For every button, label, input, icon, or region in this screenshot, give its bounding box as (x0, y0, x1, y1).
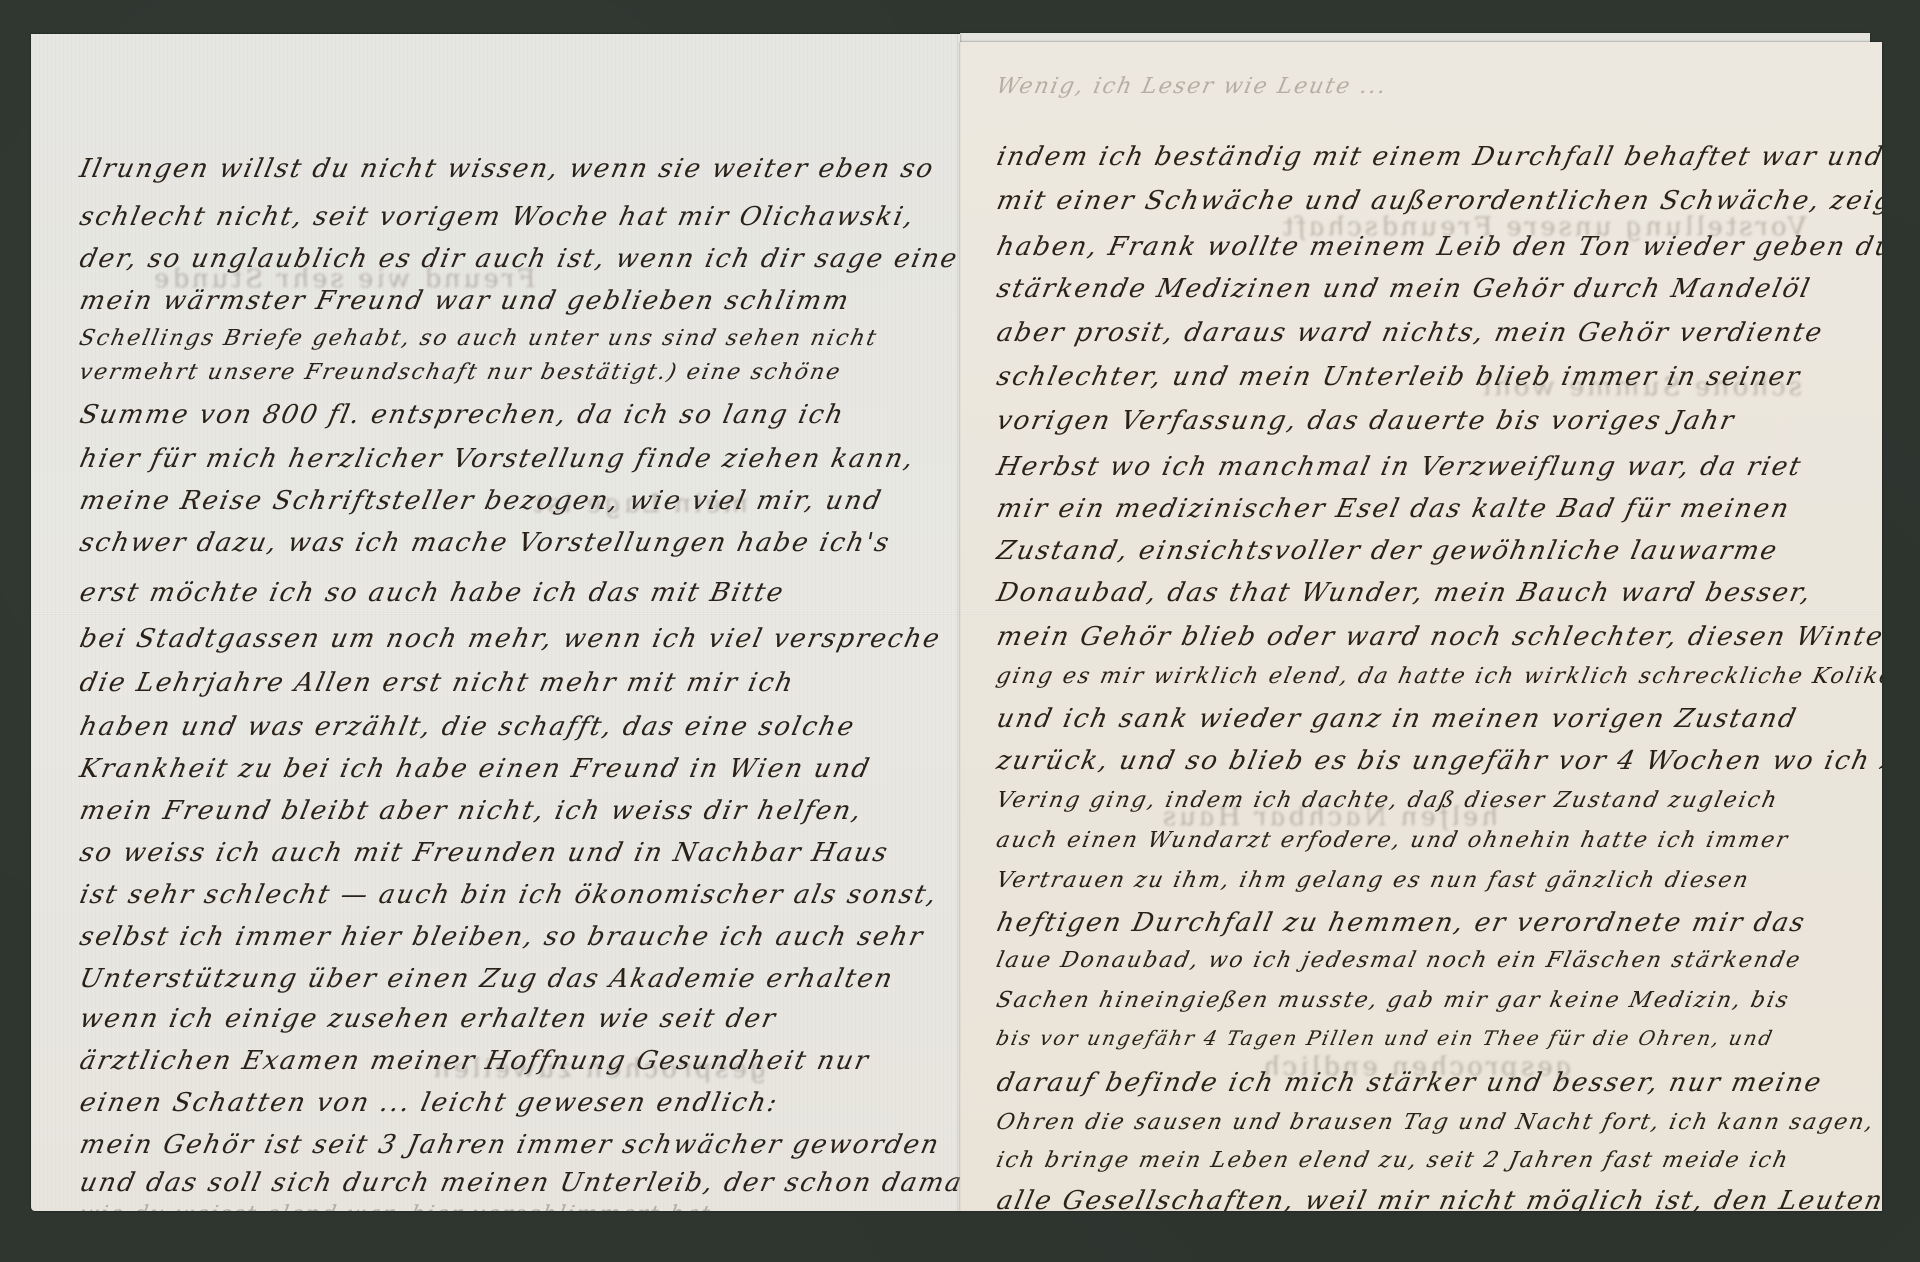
text-line: aber prosit, daraus ward nichts, mein Ge… (994, 318, 1826, 348)
text-line: wie du weisst elend war, hier verschlimm… (77, 1202, 714, 1211)
text-line: mein Freund bleibt aber nicht, ich weiss… (77, 796, 866, 826)
text-line: der, so unglaublich es dir auch ist, wen… (77, 244, 960, 274)
text-line: alle Gesellschaften, weil mir nicht mögl… (994, 1186, 1882, 1211)
text-line: auch einen Wundarzt erfodere, und ohnehi… (994, 828, 1791, 853)
text-line: und das soll sich durch meinen Unterleib… (77, 1168, 960, 1198)
text-line: mir ein medizinischer Esel das kalte Bad… (994, 494, 1793, 524)
text-line: vorigen Verfassung, das dauerte bis vori… (994, 406, 1738, 436)
text-line: und ich sank wieder ganz in meinen vorig… (994, 704, 1800, 734)
text-line: laue Donaubad, wo ich jedesmal noch ein … (994, 948, 1804, 973)
text-line: darauf befinde ich mich stärker und bess… (994, 1068, 1825, 1098)
text-line: heftigen Durchfall zu hemmen, er verordn… (994, 908, 1809, 938)
text-line: Krankheit zu bei ich habe einen Freund i… (77, 754, 874, 784)
text-line: zu sagen (1460, 1208, 1571, 1211)
text-line: Unterstützung über einen Zug das Akademi… (77, 964, 897, 994)
text-line: wenn ich einige zusehen erhalten wie sei… (77, 1004, 780, 1034)
text-line: ist sehr schlecht — auch bin ich ökonomi… (77, 880, 941, 910)
text-line: ging es mir wirklich elend, da hatte ich… (994, 664, 1882, 689)
text-line: schlecht nicht, seit vorigem Woche hat m… (77, 202, 918, 232)
text-line: ärztlichen Examen meiner Hoffnung Gesund… (77, 1046, 873, 1076)
text-line: erst möchte ich so auch habe ich das mit… (77, 578, 788, 608)
text-line: schlechter, und mein Unterleib blieb imm… (994, 362, 1804, 392)
text-line: mein Gehör ist seit 3 Jahren immer schwä… (77, 1130, 943, 1160)
text-line: meine Reise Schriftsteller bezogen, wie … (77, 486, 885, 516)
text-line: vermehrt unsere Freundschaft nur bestäti… (77, 360, 844, 385)
left-page: Freund wie sehr Stunde mein Lage ist ges… (31, 34, 960, 1211)
text-line: so weiss ich auch mit Freunden und in Na… (77, 838, 892, 868)
text-line: die Lehrjahre Allen erst nicht mehr mit … (77, 668, 797, 698)
text-line: mein wärmster Freund war und geblieben s… (77, 286, 853, 316)
text-line: mit einer Schwäche und außerordentlichen… (994, 186, 1882, 216)
text-line: Schellings Briefe gehabt, so auch unter … (77, 326, 880, 351)
horizontal-fold (960, 612, 1882, 615)
text-line: selbst ich immer hier bleiben, so brauch… (77, 922, 927, 952)
text-line: Vertrauen zu ihm, ihm gelang es nun fast… (994, 868, 1752, 893)
text-line: haben, Frank wollte meinem Leib den Ton … (994, 232, 1882, 262)
text-line: Ohren die sausen und brausen Tag und Nac… (994, 1110, 1877, 1135)
text-line: bei Stadtgassen um noch mehr, wenn ich v… (77, 624, 944, 654)
text-line: Summe von 800 fl. entsprechen, da ich so… (77, 400, 848, 430)
right-page: Vorstellung unsere Freundschaft schöne S… (960, 42, 1882, 1211)
text-line: Zustand, einsichtsvoller der gewöhnliche… (994, 536, 1781, 566)
text-line: stärkende Medizinen und mein Gehör durch… (994, 274, 1814, 304)
horizontal-fold (31, 612, 960, 615)
text-line: ich bringe mein Leben elend zu, seit 2 J… (994, 1148, 1792, 1173)
text-line: mein Gehör blieb oder ward noch schlecht… (994, 622, 1882, 652)
text-line: Donaubad, das that Wunder, mein Bauch wa… (994, 578, 1815, 608)
text-line: Sachen hineingießen musste, gab mir gar … (994, 988, 1792, 1013)
text-line: haben und was erzählt, die schafft, das … (77, 712, 858, 742)
text-line: hier für mich herzlicher Vorstellung fin… (77, 444, 918, 474)
center-fold (957, 34, 961, 1211)
text-line: zurück, und so blieb es bis ungefähr vor… (994, 746, 1882, 776)
text-line: Herbst wo ich manchmal in Verzweiflung w… (994, 452, 1805, 482)
text-line: einen Schatten von ... leicht gewesen en… (77, 1088, 781, 1118)
text-line: indem ich beständig mit einem Durchfall … (994, 142, 1882, 172)
text-line: schwer dazu, was ich mache Vorstellungen… (77, 528, 893, 558)
text-line: bis vor ungefähr 4 Tagen Pillen und ein … (994, 1026, 1776, 1050)
text-line: Ilrungen willst du nicht wissen, wenn si… (77, 154, 937, 184)
text-line: Vering ging, indem ich dachte, daß diese… (994, 788, 1781, 813)
faint-header: Wenig, ich Leser wie Leute ... (994, 74, 1390, 99)
